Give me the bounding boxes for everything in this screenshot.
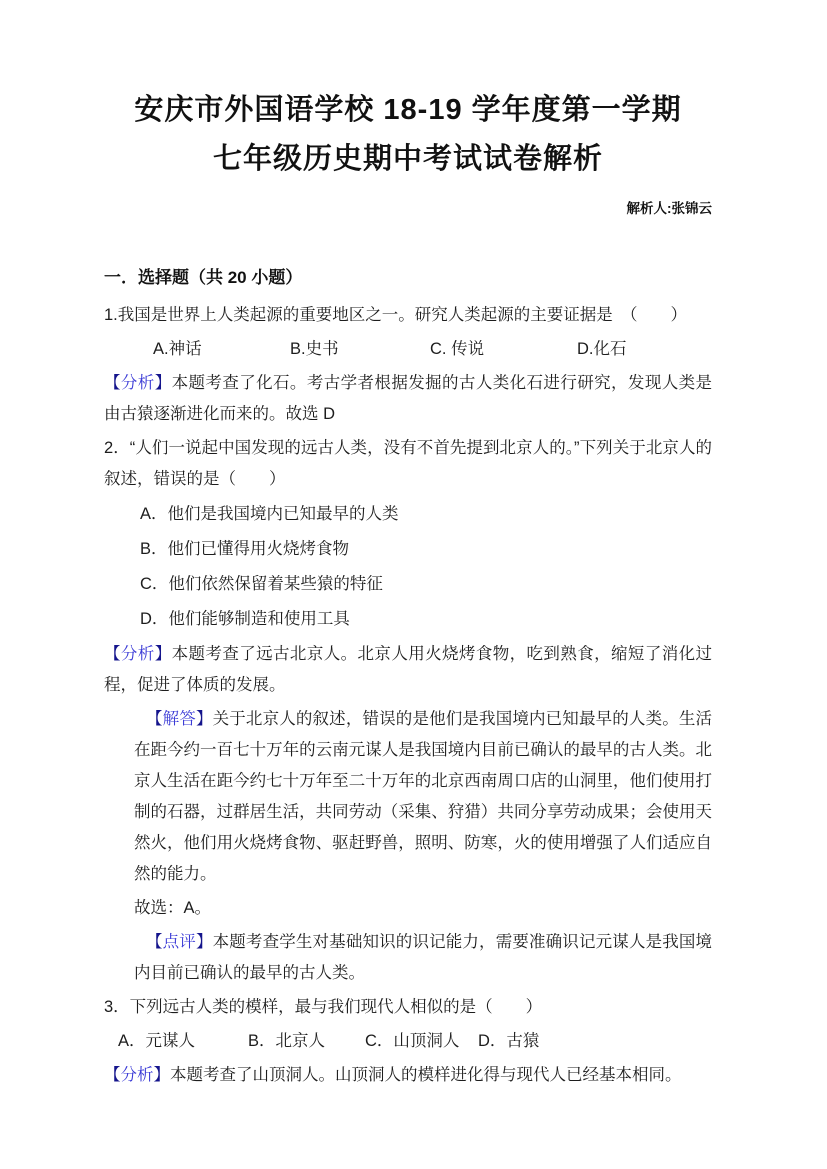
bracket-open: 【 — [146, 933, 163, 951]
bracket-close: 】 — [196, 933, 213, 951]
analysis-text: 本题考查了化石。考古学者根据发掘的古人类化石进行研究，发现人类是由古猿逐渐进化而… — [104, 374, 712, 423]
q1-option-b: B.史书 — [290, 334, 430, 365]
bracket-open: 【 — [104, 374, 121, 392]
q1-option-d: D.化石 — [577, 334, 627, 365]
bracket-open: 【 — [104, 645, 121, 663]
question-1-stem: 1.我国是世界上人类起源的重要地区之一。研究人类起源的主要证据是 （ ） — [104, 300, 712, 331]
bracket-close: 】 — [155, 645, 172, 663]
q2-option-d: D．他们能够制造和使用工具 — [104, 604, 712, 635]
comment-label: 点评 — [163, 933, 196, 951]
q1-option-a: A.神话 — [153, 334, 290, 365]
question-1-options: A.神话 B.史书 C. 传说 D.化石 — [104, 334, 712, 365]
bracket-close: 】 — [154, 1066, 171, 1084]
question-2-analysis: 【分析】本题考查了远古北京人。北京人用火烧烤食物，吃到熟食，缩短了消化过程，促进… — [104, 639, 712, 701]
question-3-options: A．元谋人 B．北京人 C．山顶洞人 D．古猿 — [104, 1026, 712, 1057]
question-2-stem: 2．“人们一说起中国发现的远古人类，没有不首先提到北京人的。”下列关于北京人的叙… — [104, 433, 712, 495]
section-heading: 一．选择题（共 20 小题） — [104, 263, 712, 288]
q3-option-c: C．山顶洞人 — [365, 1026, 478, 1057]
question-2-comment: 【点评】本题考查学生对基础知识的识记能力，需要准确识记元谋人是我国境内目前已确认… — [134, 927, 712, 989]
bracket-open: 【 — [104, 1066, 121, 1084]
page-title: 安庆市外国语学校 18-19 学年度第一学期 七年级历史期中考试试卷解析 — [104, 86, 712, 184]
question-2-answer-choice: 故选：A。 — [134, 893, 712, 924]
analysis-label: 分析 — [121, 374, 155, 392]
analyst-byline: 解析人:张锦云 — [104, 197, 712, 217]
question-1-analysis: 【分析】本题考查了化石。考古学者根据发掘的古人类化石进行研究，发现人类是由古猿逐… — [104, 368, 712, 430]
q3-option-b: B．北京人 — [248, 1026, 365, 1057]
q2-option-a: A．他们是我国境内已知最早的人类 — [104, 499, 712, 530]
answer-text: 关于北京人的叙述，错误的是他们是我国境内已知最早的人类。生活在距今约一百七十万年… — [134, 710, 712, 883]
page-title-line2: 七年级历史期中考试试卷解析 — [104, 135, 712, 184]
answer-label: 解答 — [163, 710, 196, 728]
question-2-answer: 【解答】关于北京人的叙述，错误的是他们是我国境内已知最早的人类。生活在距今约一百… — [134, 704, 712, 890]
q2-option-b: B．他们已懂得用火烧烤食物 — [104, 534, 712, 565]
analysis-label: 分析 — [121, 1066, 154, 1084]
q3-option-a: A．元谋人 — [118, 1026, 248, 1057]
q3-option-d: D．古猿 — [478, 1026, 539, 1057]
document-page: 安庆市外国语学校 18-19 学年度第一学期 七年级历史期中考试试卷解析 解析人… — [0, 0, 827, 1091]
analysis-label: 分析 — [121, 645, 155, 663]
bracket-close: 】 — [196, 710, 213, 728]
q1-option-c: C. 传说 — [430, 334, 577, 365]
question-3-analysis: 【分析】本题考查了山顶洞人。山顶洞人的模样进化得与现代人已经基本相同。 — [104, 1060, 712, 1091]
analysis-text: 本题考查了山顶洞人。山顶洞人的模样进化得与现代人已经基本相同。 — [170, 1066, 682, 1084]
question-3-stem: 3．下列远古人类的模样，最与我们现代人相似的是（ ） — [104, 992, 712, 1023]
bracket-open: 【 — [146, 710, 163, 728]
comment-text: 本题考查学生对基础知识的识记能力，需要准确识记元谋人是我国境内目前已确认的最早的… — [134, 933, 712, 982]
bracket-close: 】 — [155, 374, 172, 392]
q2-option-c: C．他们依然保留着某些猿的特征 — [104, 569, 712, 600]
page-title-line1: 安庆市外国语学校 18-19 学年度第一学期 — [104, 86, 712, 135]
analysis-text: 本题考查了远古北京人。北京人用火烧烤食物，吃到熟食，缩短了消化过程，促进了体质的… — [104, 645, 712, 694]
question-2-answer-block: 【解答】关于北京人的叙述，错误的是他们是我国境内已知最早的人类。生活在距今约一百… — [104, 704, 712, 989]
